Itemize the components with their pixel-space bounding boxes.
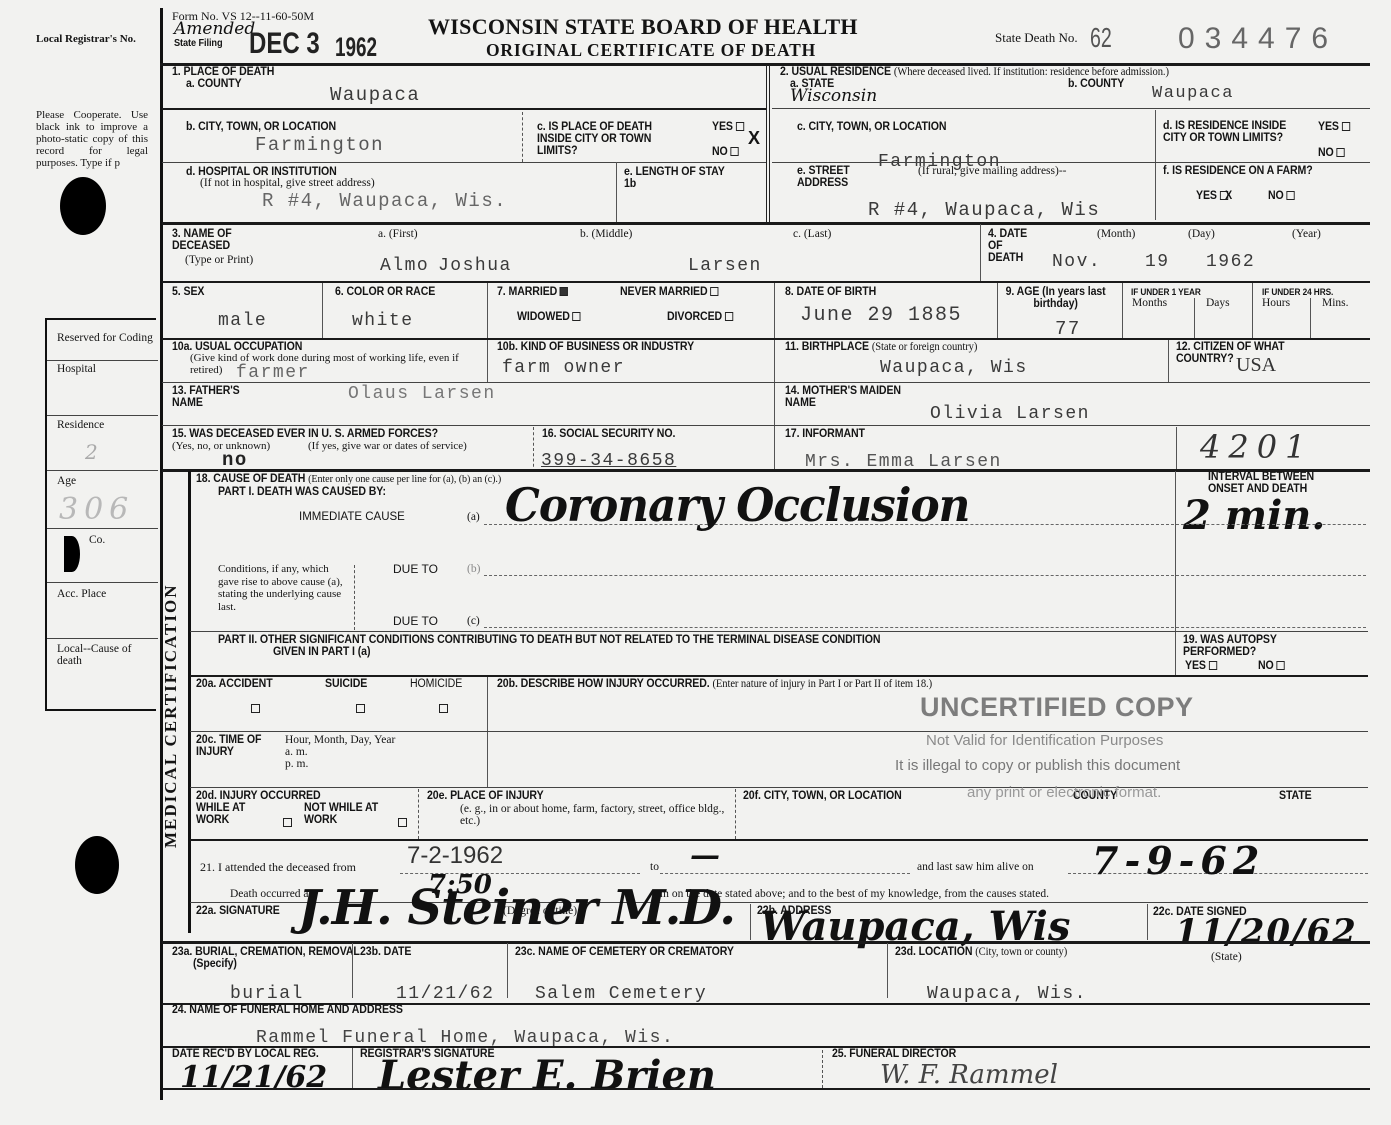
while-at-work-label: WHILE AT WORK <box>196 802 260 826</box>
coding-age-value: 306 <box>59 492 134 527</box>
married-checkbox[interactable] <box>560 287 568 296</box>
interval-value: 2 min. <box>1183 492 1325 539</box>
coding-title: Reserved for Coding <box>57 332 153 344</box>
cooperate-note: Please Cooperate. Use black ink to impro… <box>36 109 148 169</box>
state-filing-stamp-year: 1962 <box>335 32 377 63</box>
form-subtitle: ORIGINAL CERTIFICATE OF DEATH <box>486 40 816 61</box>
burial-label: 23a. BURIAL, CREMATION, REMOVAL <box>172 946 360 958</box>
autopsy-no: NO <box>1258 660 1285 672</box>
cemetery-value: Salem Cemetery <box>535 984 707 1004</box>
attended-label: 21. I attended the deceased from <box>200 861 356 873</box>
injury-city-label: 20f. CITY, TOWN, OR LOCATION <box>743 790 902 802</box>
part2-sub: GIVEN IN PART I (a) <box>273 646 370 658</box>
cause-a-label: (a) <box>467 511 480 523</box>
mother-label: 14. MOTHER'S MAIDEN NAME <box>785 385 914 409</box>
not-while-at-work-checkbox[interactable] <box>398 818 407 827</box>
funeral-director-label: 25. FUNERAL DIRECTOR <box>832 1048 956 1060</box>
death-inside-no: NO <box>712 146 739 158</box>
margin-code: 4201 <box>1200 428 1313 466</box>
watermark-line-3: any print or electronic format. <box>967 784 1161 801</box>
immediate-cause-label: IMMEDIATE CAUSE <box>299 511 405 523</box>
burial-location-value: Waupaca, Wis. <box>927 984 1087 1004</box>
redaction-blot <box>75 836 119 894</box>
last-name-value: Larsen <box>688 256 762 276</box>
widowed-label: WIDOWED <box>517 311 581 323</box>
burial-value: burial <box>230 984 304 1004</box>
place-of-death-label: 1. PLACE OF DEATH <box>172 66 274 78</box>
conditions-note: Conditions, if any, which gave rise to a… <box>218 563 348 613</box>
homicide-label: HOMICIDE <box>410 678 462 690</box>
part1-label: PART I. DEATH WAS CAUSED BY: <box>218 486 386 498</box>
death-county-value: Waupaca <box>330 84 420 106</box>
dod-day-label: (Day) <box>1188 228 1215 240</box>
ssn-label: 16. SOCIAL SECURITY NO. <box>542 428 675 440</box>
burial-sub: (Specify) <box>193 958 237 970</box>
never-married-label: NEVER MARRIED <box>620 286 719 298</box>
ssn-value: 399-34-8658 <box>541 451 676 471</box>
place-of-injury-sub: (e. g., in or about home, farm, factory,… <box>460 803 730 827</box>
months-label: Months <box>1132 297 1167 309</box>
name-sub: (Type or Print) <box>185 254 253 266</box>
state-death-no-label: State Death No. <box>995 32 1078 44</box>
dob-label: 8. DATE OF BIRTH <box>785 286 876 298</box>
res-farm-label: f. IS RESIDENCE ON A FARM? <box>1163 165 1338 177</box>
never-married-checkbox[interactable] <box>710 287 718 296</box>
date-signed-value: 11/20/62 <box>1175 912 1358 952</box>
coding-residence: Residence <box>57 419 104 431</box>
age-label: 9. AGE (In years last birthday) <box>1005 286 1106 310</box>
injury-state-label: STATE <box>1279 790 1312 802</box>
due-to-b-label: DUE TO <box>393 563 438 575</box>
dod-month-label: (Month) <box>1097 228 1135 240</box>
time-of-injury-label: 20c. TIME OF INJURY <box>196 734 279 758</box>
part2-label: PART II. OTHER SIGNIFICANT CONDITIONS CO… <box>218 634 880 646</box>
divorced-checkbox[interactable] <box>725 312 733 321</box>
attended-from-value: 7-2-1962 <box>407 842 503 870</box>
death-inside-yes-checkbox[interactable] <box>736 122 744 131</box>
res-inside-limits-label: d. IS RESIDENCE INSIDE CITY OR TOWN LIMI… <box>1163 120 1292 144</box>
res-city-label: c. CITY, TOWN, OR LOCATION <box>797 121 946 133</box>
redaction-blot <box>60 177 106 235</box>
state-filing-stamp-date: DEC 3 <box>249 27 320 61</box>
age-value: 77 <box>1055 318 1081 340</box>
coding-acc-place: Acc. Place <box>57 588 106 600</box>
death-inside-no-checkbox[interactable] <box>730 147 738 156</box>
state-death-no: 034476 <box>1178 22 1338 56</box>
res-inside-no: NO <box>1318 147 1345 159</box>
burial-date-value: 11/21/62 <box>396 984 494 1004</box>
watermark-line-1: Not Valid for Identification Purposes <box>926 732 1163 749</box>
burial-date-label: 23b. DATE <box>360 946 411 958</box>
burial-state-label: (State) <box>1211 951 1242 963</box>
armed-forces-value: no <box>222 449 248 471</box>
hours-label: Hours <box>1262 297 1290 309</box>
res-street-label: e. STREET ADDRESS <box>797 165 871 189</box>
coding-residence-value: 2 <box>85 440 98 464</box>
funeral-home-value: Rammel Funeral Home, Waupaca, Wis. <box>256 1028 674 1048</box>
res-inside-no-checkbox[interactable] <box>1336 148 1344 157</box>
citizen-value: USA <box>1236 354 1276 377</box>
state-filing-label: State Filing <box>174 38 222 50</box>
first-name-label: a. (First) <box>378 228 418 240</box>
res-inside-yes-checkbox[interactable] <box>1342 122 1350 131</box>
dod-day-value: 19 <box>1145 252 1170 272</box>
accident-label: 20a. ACCIDENT <box>196 678 273 690</box>
business-label: 10b. KIND OF BUSINESS OR INDUSTRY <box>497 341 694 353</box>
dod-year-value: 1962 <box>1206 252 1255 272</box>
uncertified-copy-watermark: UNCERTIFIED COPY <box>920 692 1194 723</box>
armed-forces-sub2: (If yes, give war or dates of service) <box>308 440 467 452</box>
autopsy-yes: YES <box>1185 660 1217 672</box>
res-state-value: Wisconsin <box>790 86 877 106</box>
coding-hospital: Hospital <box>57 363 96 375</box>
residence-label: 2. USUAL RESIDENCE (Where deceased lived… <box>780 66 1169 78</box>
due-to-c-label: DUE TO <box>393 615 438 627</box>
coding-age: Age <box>57 475 76 487</box>
physician-signature: J.H. Steiner M.D. <box>298 880 735 936</box>
business-value: farm owner <box>502 358 625 378</box>
immediate-cause-value: Coronary Occlusion <box>505 478 970 532</box>
autopsy-no-checkbox[interactable] <box>1276 661 1284 670</box>
death-inside-yes: YES <box>712 121 744 133</box>
hospital-value: R #4, Waupaca, Wis. <box>262 190 507 212</box>
while-at-work-checkbox[interactable] <box>283 818 292 827</box>
res-street-value: R #4, Waupaca, Wis <box>868 199 1100 221</box>
hospital-sub: (If not in hospital, give street address… <box>200 177 375 189</box>
accident-checkbox[interactable] <box>251 704 260 713</box>
am-label: a. m. <box>285 746 308 758</box>
local-registrar-label: Local Registrar's No. <box>36 33 146 45</box>
suicide-label: SUICIDE <box>325 678 367 690</box>
birthplace-label: 11. BIRTHPLACE (State or foreign country… <box>785 341 977 353</box>
race-value: white <box>352 311 414 331</box>
father-value: Olaus Larsen <box>348 384 496 404</box>
length-of-stay-label: e. LENGTH OF STAY 1b <box>624 166 725 190</box>
res-county-value: Waupaca <box>1152 84 1234 103</box>
middle-name-label: b. (Middle) <box>580 228 632 240</box>
last-seen-value: 7-9-62 <box>1092 838 1265 883</box>
father-label: 13. FATHER'S NAME <box>172 385 246 409</box>
death-inside-limits-label: c. IS PLACE OF DEATH INSIDE CITY OR TOWN… <box>537 121 684 157</box>
dod-year-label: (Year) <box>1292 228 1321 240</box>
widowed-checkbox[interactable] <box>573 312 581 321</box>
death-city-value: Farmington <box>255 134 384 156</box>
sex-value: male <box>218 311 267 331</box>
middle-name-value: Joshua <box>438 256 512 276</box>
cause-c-label: (c) <box>467 615 480 627</box>
autopsy-label: 19. WAS AUTOPSY PERFORMED? <box>1183 634 1321 658</box>
death-county-label: a. COUNTY <box>186 78 242 90</box>
attended-to-value: — <box>690 838 720 873</box>
occupation-sub: (Give kind of work done during most of w… <box>190 352 480 376</box>
mins-label: Mins. <box>1322 297 1349 309</box>
occupation-value: farmer <box>236 363 310 383</box>
days-label: Days <box>1206 297 1230 309</box>
first-name-value: Almo <box>380 256 429 276</box>
dod-month-value: Nov. <box>1052 252 1101 272</box>
res-farm-yes: YESX <box>1196 190 1232 202</box>
suicide-checkbox[interactable] <box>356 704 365 713</box>
injury-desc-label: 20b. DESCRIBE HOW INJURY OCCURRED. (Ente… <box>497 678 932 690</box>
autopsy-yes-checkbox[interactable] <box>1209 661 1217 670</box>
name-label: 3. NAME OF DECEASED <box>172 228 255 252</box>
cause-b-label: (b) <box>467 563 480 575</box>
res-farm-no: NO <box>1268 190 1295 202</box>
homicide-checkbox[interactable] <box>439 704 448 713</box>
birthplace-value: Waupaca, Wis <box>880 358 1028 378</box>
race-label: 6. COLOR OR RACE <box>335 286 435 298</box>
death-city-label: b. CITY, TOWN, OR LOCATION <box>186 121 336 133</box>
coding-box: Reserved for Coding Hospital Residence 2… <box>45 318 156 711</box>
res-street-sub: (If rural, give mailing address)-- <box>918 165 1066 177</box>
res-county-label: b. COUNTY <box>1068 78 1124 90</box>
medical-certification-side-label: MEDICAL CERTIFICATION <box>161 568 181 848</box>
signature-label: 22a. SIGNATURE <box>196 905 280 917</box>
attended-to-label: to <box>650 861 659 873</box>
not-while-at-work-label: NOT WHILE AT WORK <box>304 802 387 826</box>
coding-local-cause: Local--Cause of death <box>57 643 142 667</box>
sex-label: 5. SEX <box>172 286 204 298</box>
burial-location-label: 23d. LOCATION (City, town or county) <box>895 946 1067 958</box>
last-seen-label: and last saw him alive on <box>917 861 1034 873</box>
cause-of-death-label: 18. CAUSE OF DEATH (Enter only one cause… <box>196 473 501 485</box>
coding-co: Co. <box>89 534 105 546</box>
place-of-injury-label: 20e. PLACE OF INJURY <box>427 790 544 802</box>
dob-value: June 29 1885 <box>800 304 962 327</box>
pm-label: p. m. <box>285 758 308 770</box>
amended-handwritten: Amended <box>174 19 255 39</box>
mother-value: Olivia Larsen <box>930 404 1090 424</box>
divorced-label: DIVORCED <box>667 311 733 323</box>
form-title: WISCONSIN STATE BOARD OF HEALTH <box>428 14 858 40</box>
res-farm-no-checkbox[interactable] <box>1286 191 1294 200</box>
res-inside-yes: YES <box>1318 121 1350 133</box>
married-label: 7. MARRIED <box>497 286 568 298</box>
registrar-signature: Lester E. Brien <box>378 1052 716 1099</box>
last-name-label: c. (Last) <box>793 228 831 240</box>
informant-label: 17. INFORMANT <box>785 428 865 440</box>
dod-label: 4. DATE OF DEATH <box>988 228 1034 264</box>
injury-occurred-label: 20d. INJURY OCCURRED <box>196 790 321 802</box>
cemetery-label: 23c. NAME OF CEMETERY OR CREMATORY <box>515 946 734 958</box>
state-death-no-prefix: 62 <box>1090 22 1112 54</box>
watermark-line-2: It is illegal to copy or publish this do… <box>895 757 1180 774</box>
date-received-label: DATE REC'D BY LOCAL REG. <box>172 1048 319 1060</box>
funeral-home-label: 24. NAME OF FUNERAL HOME AND ADDRESS <box>172 1004 403 1016</box>
armed-forces-label: 15. WAS DECEASED EVER IN U. S. ARMED FOR… <box>172 428 438 440</box>
funeral-director-signature: W. F. Rammel <box>880 1060 1058 1090</box>
time-of-injury-sub: Hour, Month, Day, Year <box>285 734 395 746</box>
death-inside-mark: X <box>748 128 760 149</box>
